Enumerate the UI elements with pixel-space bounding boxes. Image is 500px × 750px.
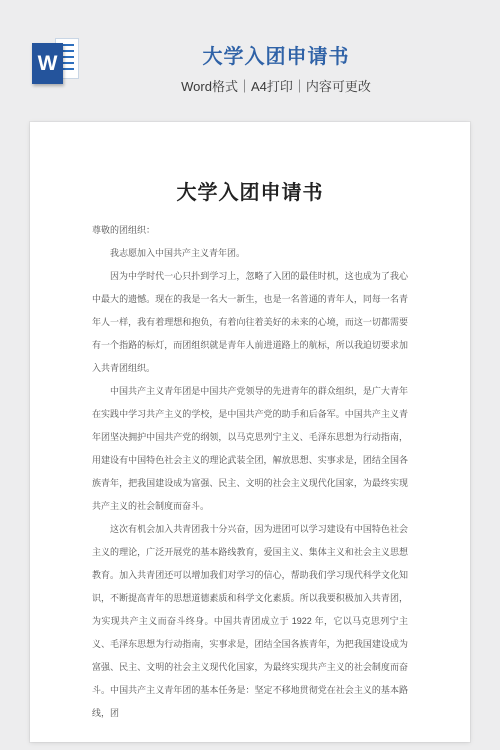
greeting-line: 尊敬的团组织： — [92, 219, 408, 242]
document-title: 大学入团申请书 — [92, 180, 408, 206]
paragraph: 因为中学时代一心只扑到学习上，忽略了入团的最佳时机，这也成为了我心中最大的遗憾。… — [92, 265, 408, 380]
document-body: 尊敬的团组织： 我志愿加入中国共产主义青年团。因为中学时代一心只扑到学习上，忽略… — [92, 219, 408, 725]
word-icon-letter: W — [32, 43, 63, 84]
template-title: 大学入团申请书 — [60, 44, 492, 70]
preview-header: W 大学入团申请书 Word格式｜A4打印｜内容可更改 — [0, 0, 500, 122]
word-icon: W — [30, 37, 84, 89]
document-page: 大学入团申请书 尊敬的团组织： 我志愿加入中国共产主义青年团。因为中学时代一心只… — [30, 122, 470, 742]
header-text-block: 大学入团申请书 Word格式｜A4打印｜内容可更改 — [60, 0, 492, 95]
paragraph-list: 我志愿加入中国共产主义青年团。因为中学时代一心只扑到学习上，忽略了入团的最佳时机… — [92, 242, 408, 725]
paragraph: 我志愿加入中国共产主义青年团。 — [92, 242, 408, 265]
paragraph: 中国共产主义青年团是中国共产党领导的先进青年的群众组织，是广大青年在实践中学习共… — [92, 380, 408, 518]
paragraph: 这次有机会加入共青团我十分兴奋，因为进团可以学习建设有中国特色社会主义的理论，广… — [92, 518, 408, 725]
template-subtitle: Word格式｜A4打印｜内容可更改 — [60, 76, 492, 95]
